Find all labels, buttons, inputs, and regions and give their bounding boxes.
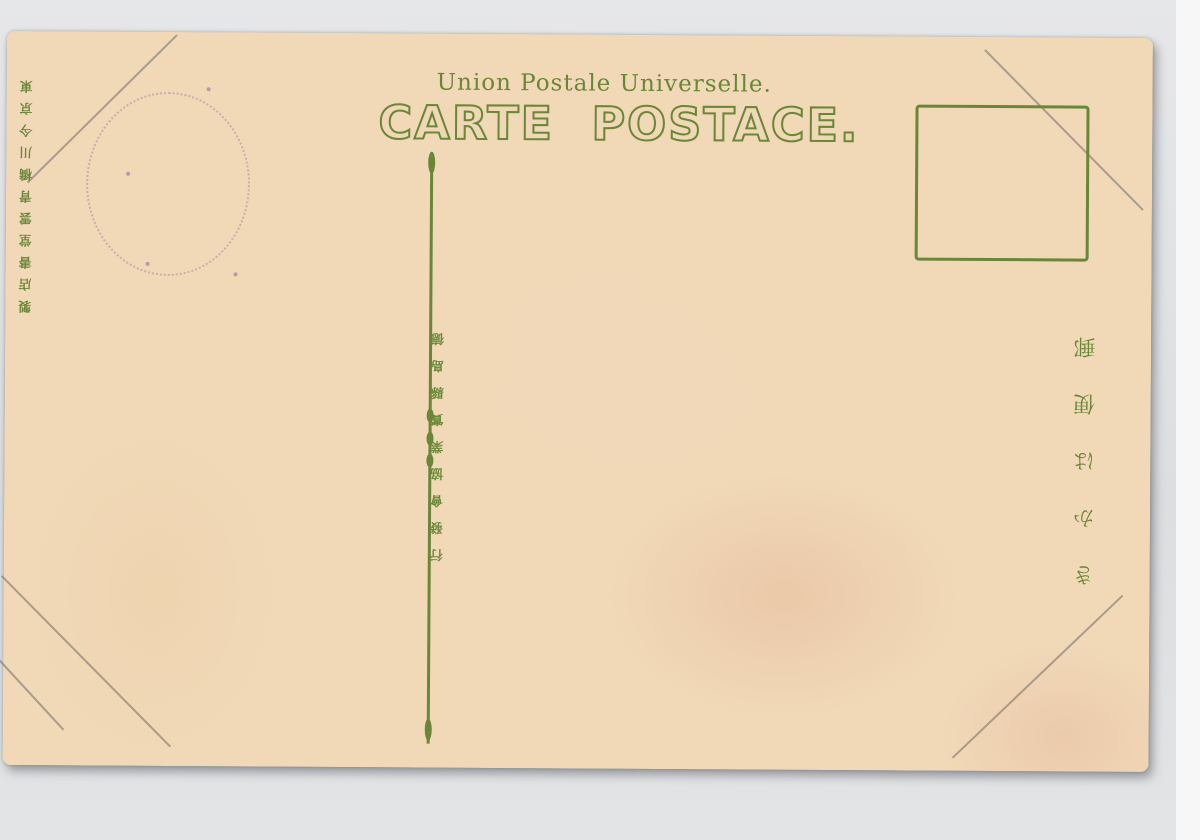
postcard: Union Postale Universelle. CARTE POSTACE…	[3, 31, 1153, 772]
postmark-speck	[207, 87, 211, 91]
postmark-speck	[146, 262, 150, 266]
title-carte: CARTE	[378, 95, 554, 150]
stamp-box	[915, 105, 1090, 262]
corner-crease-bottom-right	[952, 595, 1123, 759]
postmark-speck	[234, 272, 238, 276]
divider-ornament-top	[428, 152, 435, 174]
corner-crease-bottom-left-2	[0, 659, 64, 730]
title-postale: POSTACE.	[591, 97, 859, 153]
issuer-imprint: 行發會協業實縣島德	[429, 319, 449, 562]
upu-header: Union Postale Universelle.	[437, 70, 772, 98]
postmark	[86, 91, 251, 276]
divider-ornament-bottom	[425, 719, 432, 741]
scan-edge-strip	[1176, 0, 1200, 840]
corner-crease-bottom-left	[1, 575, 171, 747]
publisher-imprint: 製店書堂雲青橋川今京東	[17, 71, 37, 313]
postcard-label: き か は 便 郵	[1070, 323, 1103, 587]
postmark-speck	[126, 172, 130, 176]
